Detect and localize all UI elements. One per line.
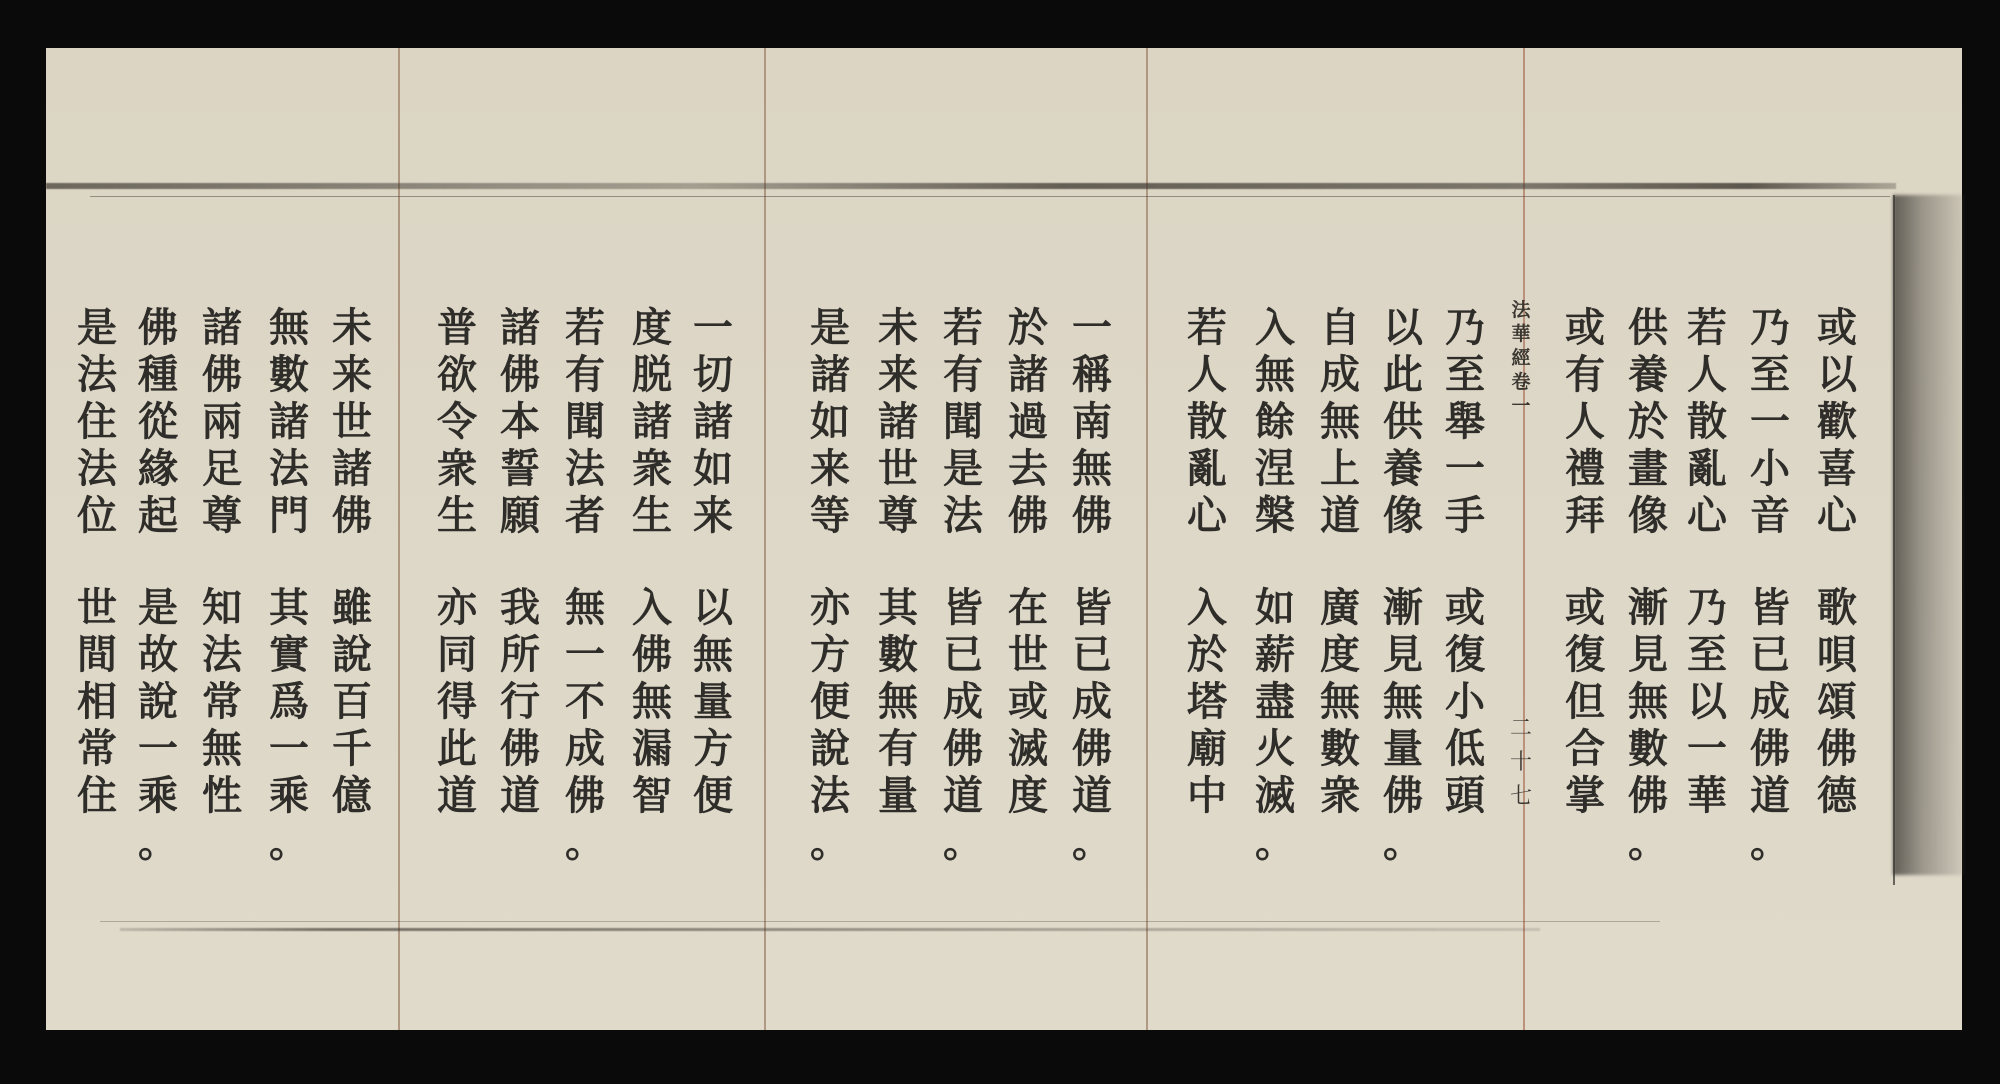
- verse-line: 自成無上道: [1315, 304, 1365, 539]
- verse-line: 在世或滅度: [1003, 584, 1053, 819]
- verse-line: 或有人禮拜: [1560, 304, 1610, 539]
- verse-line: 無一不成佛。: [560, 584, 610, 866]
- verse-line: 皆已成佛道。: [1745, 584, 1795, 866]
- verse-line: 未来諸世尊: [873, 304, 923, 539]
- verse-line: 其實爲一乘。: [264, 584, 314, 866]
- verse-line: 諸佛兩足尊: [197, 304, 247, 539]
- verse-line: 乃至一小音: [1745, 304, 1795, 539]
- bottom-border-rule: [120, 928, 1540, 931]
- verse-line: 亦同得此道: [432, 584, 482, 819]
- verse-line: 廣度無數衆: [1315, 584, 1365, 819]
- verse-line: 以此供養像: [1378, 304, 1428, 539]
- verse-line: 是法住法位: [72, 304, 122, 539]
- verse-line: 歌唄頌佛德: [1812, 584, 1862, 819]
- verse-line: 知法常無性: [197, 584, 247, 819]
- verse-line: 若人散亂心: [1682, 304, 1732, 539]
- verse-line: 無數諸法門: [264, 304, 314, 539]
- verse-line: 佛種從緣起: [133, 304, 183, 539]
- verse-line: 如薪盡火滅。: [1250, 584, 1300, 866]
- verse-line: 若有聞法者: [560, 304, 610, 539]
- top-border-rule-thin: [90, 196, 1890, 197]
- verse-line: 雖說百千億: [327, 584, 377, 819]
- verse-line: 乃至以一華: [1682, 584, 1732, 819]
- verse-line: 入無餘涅槃: [1250, 304, 1300, 539]
- verse-line: 一切諸如来: [688, 304, 738, 539]
- margin-sutra-title: 法華經卷一: [1510, 298, 1532, 418]
- verse-line: 乃至舉一手: [1440, 304, 1490, 539]
- bottom-border-rule-thin: [100, 921, 1660, 922]
- right-border-rule: [1893, 195, 1895, 885]
- margin-page-number: 二十七: [1510, 712, 1532, 814]
- verse-line: 漸見無量佛。: [1378, 584, 1428, 866]
- verse-line: 亦方便說法。: [805, 584, 855, 866]
- verse-line: 是諸如来等: [805, 304, 855, 539]
- top-border-rule: [46, 183, 1896, 189]
- verse-line: 度脱諸衆生: [627, 304, 677, 539]
- verse-line: 若有聞是法: [938, 304, 988, 539]
- verse-line: 一稱南無佛: [1067, 304, 1117, 539]
- verse-line: 入於塔廟中: [1182, 584, 1232, 819]
- verse-line: 皆已成佛道。: [1067, 584, 1117, 866]
- verse-line: 其數無有量: [873, 584, 923, 819]
- verse-line: 我所行佛道: [495, 584, 545, 819]
- verse-line: 諸佛本誓願: [495, 304, 545, 539]
- verse-line: 世間相常住: [72, 584, 122, 819]
- ink-smudge: [1893, 195, 1963, 875]
- verse-line: 若人散亂心: [1182, 304, 1232, 539]
- verse-line: 或復但合掌: [1560, 584, 1610, 819]
- verse-line: 入佛無漏智: [627, 584, 677, 819]
- verse-line: 普欲令衆生: [432, 304, 482, 539]
- verse-line: 於諸過去佛: [1003, 304, 1053, 539]
- verse-line: 或以歡喜心: [1812, 304, 1862, 539]
- verse-line: 皆已成佛道。: [938, 584, 988, 866]
- verse-line: 漸見無數佛。: [1623, 584, 1673, 866]
- verse-line: 或復小低頭: [1440, 584, 1490, 819]
- verse-line: 以無量方便: [688, 584, 738, 819]
- verse-line: 供養於畫像: [1623, 304, 1673, 539]
- verse-line: 未来世諸佛: [327, 304, 377, 539]
- verse-line: 是故說一乘。: [133, 584, 183, 866]
